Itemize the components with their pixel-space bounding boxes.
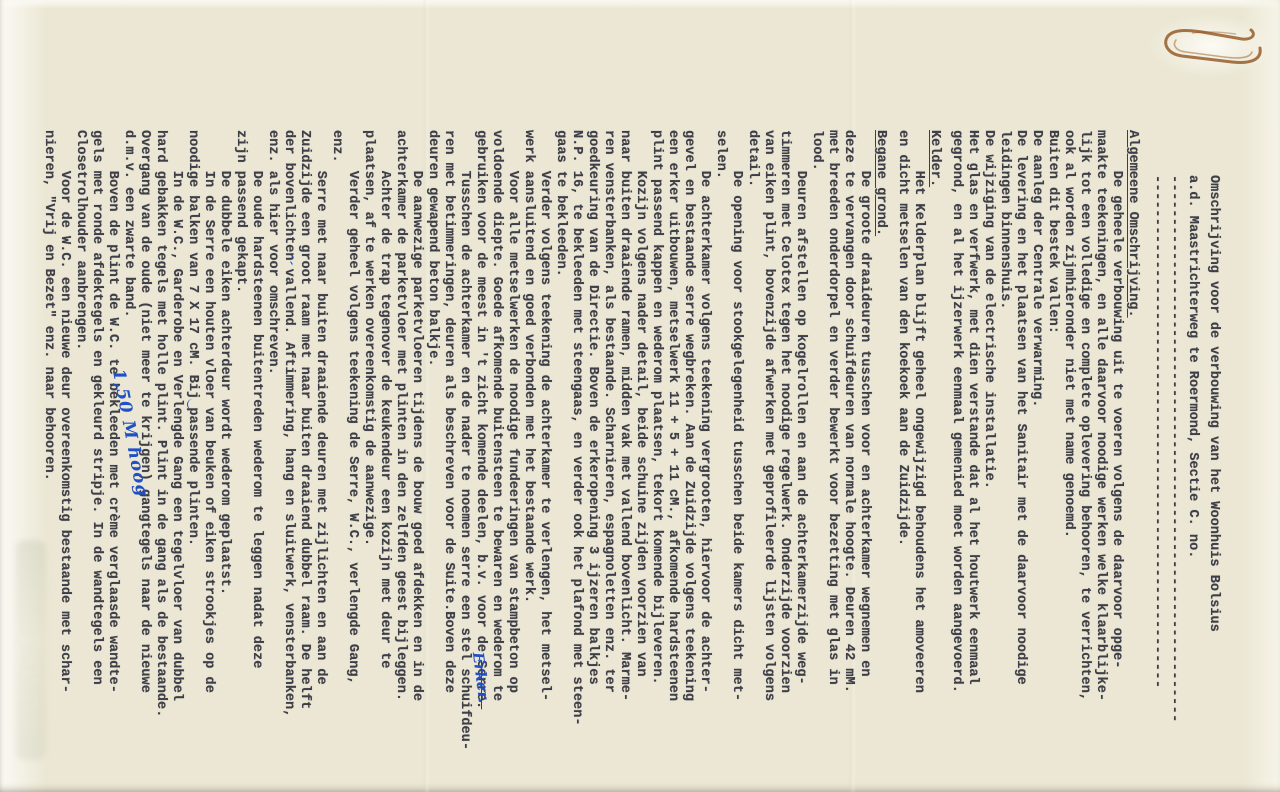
typed-line: leidingen binnenshuis. — [996, 130, 1012, 792]
typed-line: Voor de W.C. een nieuwe deur overeenkoms… — [56, 130, 72, 792]
typed-line: Zuidzijde een groot raam met naar buiten… — [296, 130, 312, 792]
typed-line: De opening voor stookgelegenheid tussche… — [728, 130, 744, 792]
typed-line: De groote draaideuren tusschen voor en a… — [856, 130, 872, 792]
typed-line: detail. — [744, 130, 760, 792]
typed-line: Het glas en verfwerk, met dien verstande… — [964, 130, 980, 792]
typed-line: en dicht metselen van den koekoek aan de… — [894, 130, 910, 792]
handwritten-accent-mark: ´´ — [278, 250, 295, 265]
typed-line: achterkamer de parketvloer met plinten i… — [392, 130, 408, 792]
section-heading: Algemeene Omschrijving. — [1124, 130, 1140, 792]
typed-line: een erker uitbouwen, metselwerk 11 + 5 +… — [664, 130, 680, 792]
document-title-line-2: a.d. Maastrichterweg te Roermond, Sectie… — [1182, 130, 1203, 792]
typed-line: met breeden onderdorpel en verder bewerk… — [824, 130, 840, 792]
typed-line: gegrond, en al het ijzerwerk eenmaal gem… — [948, 130, 964, 792]
typed-line: gevel en bestaande serre wegbreken. Aan … — [680, 130, 696, 792]
typed-line: Het Kelderplan blijft geheel ongewijzigd… — [910, 130, 926, 792]
typed-line: In de W.C., Garderobe en Verlengde Gang … — [168, 130, 184, 792]
document-page: Omschrijving voor de verbouwing van het … — [0, 0, 1280, 792]
typed-line: hard gebakken tegels met holle plint. Pl… — [152, 130, 168, 792]
typed-line: timmeren met Celotex tegen het noodige r… — [776, 130, 792, 792]
dashed-rule: ----------------------------------------… — [1148, 130, 1165, 792]
typed-line: Closetrolhouder aanbrengen. — [72, 130, 88, 792]
typed-line: gels met ronde afdektegels en gekleurd s… — [88, 130, 104, 792]
typed-line: Verder geheel volgens teekening de Serre… — [344, 130, 360, 792]
typed-line: De aanwezige parketvloeren tijdens de bo… — [408, 130, 424, 792]
typed-line: enz. — [328, 130, 344, 792]
typed-line: naar buiten draaiende ramen, midden vak … — [616, 130, 632, 792]
typed-text-block: Algemeene Omschrijving. De geheele verbo… — [40, 130, 1140, 792]
section-heading: Begane grond. — [872, 130, 888, 792]
typed-line: Achter de trap tegenover de keukendeur e… — [376, 130, 392, 792]
typed-line: zijn passend gekapt. — [232, 130, 248, 792]
typed-line: De dubbele eiken achterdeur wordt wedero… — [216, 130, 232, 792]
typed-line: van eiken plint, bovenzijde afwerken met… — [760, 130, 776, 792]
typed-line: noodige balken van 7 X 17 cM. Bij passen… — [184, 130, 200, 792]
typed-line: ren vensterbanken, als bestaande. Scharn… — [600, 130, 616, 792]
document-title-line-1: Omschrijving voor de verbouwing van het … — [1203, 130, 1224, 792]
typed-line: De levering en het plaatsen van het Sani… — [1012, 130, 1028, 792]
typed-line: De achterkamer volgens teekening vergroo… — [696, 130, 712, 792]
typed-line: De wijziging van de electrische installa… — [980, 130, 996, 792]
typed-line: selen. — [712, 130, 728, 792]
typed-line: De geheele verbouwing uit te voeren volg… — [1108, 130, 1124, 792]
typed-line: De aanleg der Centrale verwarming. — [1028, 130, 1044, 792]
typed-line: ren met betimmeringen, deuren als beschr… — [440, 130, 456, 792]
typed-line: De oude hardsteenen buitentreden wederom… — [248, 130, 264, 792]
rust-paperclip-stain — [1154, 22, 1266, 70]
typed-line: Serre met naar buiten draaiende deuren m… — [312, 130, 328, 792]
dashed-rule: ----------------------------------------… — [1165, 130, 1182, 792]
typed-line: Boven de plint de W.C. te bekleeden met … — [104, 130, 120, 792]
section-heading: Kelder. — [926, 130, 942, 792]
typed-line: Deuren afstellen op kogelrollen en aan d… — [792, 130, 808, 792]
typed-line: enz. als hier voor omschreven. — [264, 130, 280, 792]
typed-line: goedkeuring van de Directie. Boven de er… — [584, 130, 600, 792]
scanned-document: Omschrijving voor de verbouwing van het … — [0, 0, 1280, 792]
typed-line: Tusschen de achterkamer en de nader te n… — [456, 130, 472, 792]
typed-line: In de Serre een houten vloer van beuken … — [200, 130, 216, 792]
typed-line: deze te vervangen door schuifdeuren van … — [840, 130, 856, 792]
typed-line: maakte teekeningen, en alle daarvoor noo… — [1092, 130, 1108, 792]
typed-line: lood. — [808, 130, 824, 792]
typed-line: der bovenlichten vallend. Aftimmering, h… — [280, 130, 296, 792]
typed-line: plint passend kappen en wederom plaatsen… — [648, 130, 664, 792]
typed-line: ook al worden zijmhieronder niet met nam… — [1060, 130, 1076, 792]
typed-line: plaatsen, af te werken overeenkomstig de… — [360, 130, 376, 792]
typed-line: Voor alle metselwerken de noodige fundee… — [504, 130, 520, 792]
typed-line: werk aansluitend en goed verbonden met h… — [520, 130, 536, 792]
typed-line: Buiten dit bestek vallen: — [1044, 130, 1060, 792]
typed-line: Verder volgens teekening de achterkamer … — [536, 130, 552, 792]
typed-line: deuren gewapend beton balkje. — [424, 130, 440, 792]
typed-line: lijk tot een volledige en complete oplev… — [1076, 130, 1092, 792]
typed-line: gaas te bekleeden. — [552, 130, 568, 792]
typed-line: Kozijn volgens nader detail, beide schui… — [632, 130, 648, 792]
faint-ink-smudge — [16, 540, 46, 760]
handwritten-join-mark — [187, 399, 194, 410]
typed-line: N.P. 16, te bekleeden met steengaas, en … — [568, 130, 584, 792]
